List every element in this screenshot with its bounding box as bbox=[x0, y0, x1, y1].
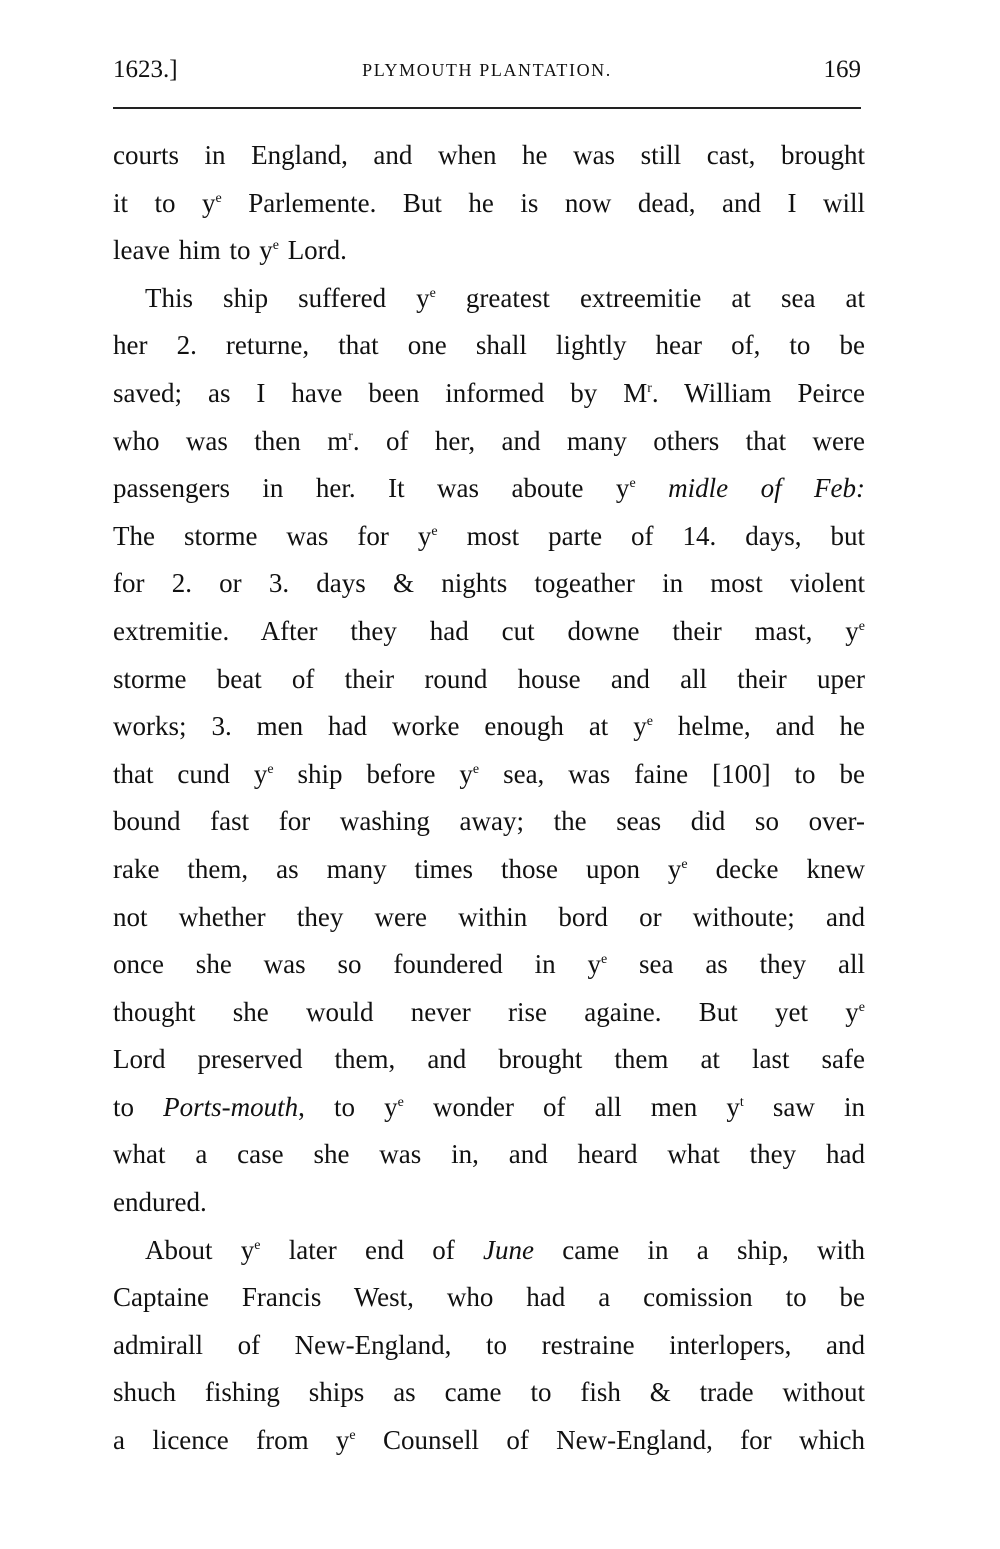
text-segment: ship before y bbox=[274, 759, 473, 789]
text-segment: a licence from y bbox=[113, 1425, 349, 1455]
text-segment: greatest extreemitie at sea at bbox=[436, 283, 865, 313]
text-segment: About y bbox=[145, 1235, 254, 1265]
running-header: 1623.] PLYMOUTH PLANTATION. 169 bbox=[113, 52, 861, 92]
text-line: bound fast for washing away; the seas di… bbox=[113, 798, 865, 846]
text-segment: admirall of New-England, to restraine in… bbox=[113, 1330, 865, 1360]
text-line: once she was so foundered in ye sea as t… bbox=[113, 941, 865, 989]
text-segment: This ship suffered y bbox=[145, 283, 430, 313]
text-segment: leave him to y bbox=[113, 235, 273, 265]
header-rule bbox=[113, 107, 861, 109]
superscript: e bbox=[681, 857, 687, 872]
text-segment: , to y bbox=[298, 1092, 398, 1122]
superscript: e bbox=[629, 476, 635, 491]
text-line: endured. bbox=[113, 1179, 865, 1227]
superscript: e bbox=[254, 1238, 260, 1253]
header-title: PLYMOUTH PLANTATION. bbox=[113, 60, 861, 81]
text-line: not whether they were within bord or wit… bbox=[113, 894, 865, 942]
italic-text: Ports-mouth bbox=[163, 1092, 298, 1122]
text-line: admirall of New-England, to restraine in… bbox=[113, 1322, 865, 1370]
text-segment: once she was so foundered in y bbox=[113, 949, 601, 979]
text-segment: Parlemente. But he is now dead, and I wi… bbox=[222, 188, 865, 218]
text-segment: what a case she was in, and heard what t… bbox=[113, 1139, 865, 1169]
text-segment: to bbox=[113, 1092, 163, 1122]
text-line: thought she would never rise againe. But… bbox=[113, 989, 865, 1037]
superscript: e bbox=[859, 1000, 865, 1015]
text-line: rake them, as many times those upon ye d… bbox=[113, 846, 865, 894]
text-line: that cund ye ship before ye sea, was fai… bbox=[113, 751, 865, 799]
text-segment: came in a ship, with bbox=[534, 1235, 865, 1265]
text-line: Captaine Francis West, who had a comissi… bbox=[113, 1274, 865, 1322]
text-line: her 2. returne, that one shall lightly h… bbox=[113, 322, 865, 370]
text-line: who was then mr. of her, and many others… bbox=[113, 418, 865, 466]
superscript: e bbox=[859, 619, 865, 634]
superscript: e bbox=[647, 714, 653, 729]
text-segment: helme, and he bbox=[653, 711, 865, 741]
text-line: saved; as I have been informed by Mr. Wi… bbox=[113, 370, 865, 418]
superscript: t bbox=[740, 1095, 744, 1110]
superscript: e bbox=[431, 524, 437, 539]
text-segment: thought she would never rise againe. But… bbox=[113, 997, 859, 1027]
text-segment: wonder of all men y bbox=[404, 1092, 740, 1122]
text-segment: Counsell of New-England, for which bbox=[356, 1425, 865, 1455]
text-segment: sea as they all bbox=[607, 949, 865, 979]
text-segment: most parte of 14. days, but bbox=[438, 521, 865, 551]
text-line: passengers in her. It was aboute ye midl… bbox=[113, 465, 865, 513]
superscript: e bbox=[601, 952, 607, 967]
superscript: r bbox=[348, 429, 353, 444]
book-page: 1623.] PLYMOUTH PLANTATION. 169 courts i… bbox=[0, 0, 1000, 1549]
text-segment: Captaine Francis West, who had a comissi… bbox=[113, 1282, 865, 1312]
superscript: e bbox=[398, 1095, 404, 1110]
text-segment: passengers in her. It was aboute y bbox=[113, 473, 629, 503]
text-segment: bound fast for washing away; the seas di… bbox=[113, 806, 865, 836]
text-segment: courts in England, and when he was still… bbox=[113, 140, 865, 170]
text-line: storme beat of their round house and all… bbox=[113, 656, 865, 704]
text-segment: that cund y bbox=[113, 759, 267, 789]
text-segment: shuch fishing ships as came to fish & tr… bbox=[113, 1377, 865, 1407]
text-segment: storme beat of their round house and all… bbox=[113, 664, 865, 694]
text-segment: it to y bbox=[113, 188, 215, 218]
text-line: for 2. or 3. days & nights togeather in … bbox=[113, 560, 865, 608]
superscript: e bbox=[473, 762, 479, 777]
superscript: e bbox=[430, 286, 436, 301]
text-line: Lord preserved them, and brought them at… bbox=[113, 1036, 865, 1084]
text-line: to Ports-mouth, to ye wonder of all men … bbox=[113, 1084, 865, 1132]
text-line: what a case she was in, and heard what t… bbox=[113, 1131, 865, 1179]
text-segment: sea, was faine [100] to be bbox=[479, 759, 865, 789]
superscript: e bbox=[267, 762, 273, 777]
text-segment: for 2. or 3. days & nights togeather in … bbox=[113, 568, 865, 598]
text-segment: works; 3. men had worke enough at y bbox=[113, 711, 647, 741]
body-text: courts in England, and when he was still… bbox=[113, 132, 865, 1465]
text-segment: . of her, and many others that were bbox=[353, 426, 865, 456]
italic-text: June bbox=[483, 1235, 534, 1265]
superscript: e bbox=[349, 1428, 355, 1443]
text-segment: . William Peirce bbox=[652, 378, 865, 408]
text-line: leave him to ye Lord. bbox=[113, 227, 865, 275]
text-segment: Lord. bbox=[279, 235, 347, 265]
text-line: About ye later end of June came in a shi… bbox=[113, 1227, 865, 1275]
text-segment: endured. bbox=[113, 1187, 207, 1217]
italic-text: midle of Feb: bbox=[668, 473, 865, 503]
text-line: it to ye Parlemente. But he is now dead,… bbox=[113, 180, 865, 228]
superscript: r bbox=[647, 381, 652, 396]
text-segment: not whether they were within bord or wit… bbox=[113, 902, 865, 932]
superscript: e bbox=[273, 238, 279, 253]
text-segment: her 2. returne, that one shall lightly h… bbox=[113, 330, 865, 360]
text-segment: extremitie. After they had cut downe the… bbox=[113, 616, 859, 646]
text-segment: The storme was for y bbox=[113, 521, 431, 551]
text-line: a licence from ye Counsell of New-Englan… bbox=[113, 1417, 865, 1465]
text-segment: saved; as I have been informed by M bbox=[113, 378, 647, 408]
text-segment: rake them, as many times those upon y bbox=[113, 854, 681, 884]
text-line: works; 3. men had worke enough at ye hel… bbox=[113, 703, 865, 751]
text-line: The storme was for ye most parte of 14. … bbox=[113, 513, 865, 561]
text-segment: saw in bbox=[744, 1092, 865, 1122]
text-segment: Lord preserved them, and brought them at… bbox=[113, 1044, 865, 1074]
text-line: courts in England, and when he was still… bbox=[113, 132, 865, 180]
text-line: shuch fishing ships as came to fish & tr… bbox=[113, 1369, 865, 1417]
text-segment: decke knew bbox=[688, 854, 865, 884]
page-number: 169 bbox=[824, 56, 862, 84]
text-line: This ship suffered ye greatest extreemit… bbox=[113, 275, 865, 323]
text-line: extremitie. After they had cut downe the… bbox=[113, 608, 865, 656]
text-segment: who was then m bbox=[113, 426, 348, 456]
superscript: e bbox=[215, 191, 221, 206]
text-segment: later end of bbox=[261, 1235, 484, 1265]
text-segment bbox=[636, 473, 668, 503]
